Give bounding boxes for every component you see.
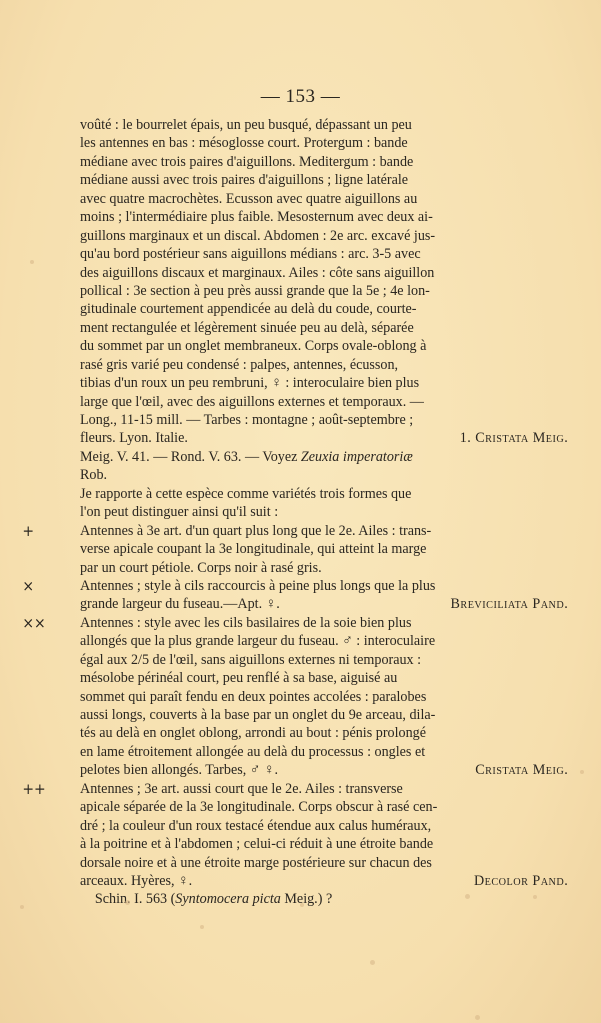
reference-line: Meig. V. 41. — Rond. V. 63. — Voyez Zeux… xyxy=(80,448,568,466)
intro-line: Je rapporte à cette espèce comme variété… xyxy=(80,485,568,503)
variety-text: grande largeur du fuseau.—Apt. ♀. xyxy=(80,595,280,612)
variety-3-line: mésolobe périnéal court, peu renflé à sa… xyxy=(80,669,568,687)
variety-1-line: par un court pétiole. Corps noir à rasé … xyxy=(80,559,568,577)
text-line: médiane avec trois paires d'aiguillons. … xyxy=(80,153,568,171)
variety-3-line: sommet qui paraît fendu en deux pointes … xyxy=(80,688,568,706)
variety-name: Breviciliata Pand. xyxy=(451,595,569,613)
variety-2-line: × Antennes ; style à cils raccourcis à p… xyxy=(80,577,568,595)
variety-3-line: aussi longs, couverts à la base par un o… xyxy=(80,706,568,724)
paper-spot xyxy=(20,905,24,909)
paper-spot xyxy=(580,770,584,774)
paper-spot xyxy=(200,925,204,929)
text-line: qu'au bord postérieur sans aiguillons mé… xyxy=(80,245,568,263)
variety-4-line: dré ; la couleur d'un roux testacé étend… xyxy=(80,817,568,835)
variety-name: Cristata Meig. xyxy=(475,761,568,779)
reference-italic: Zeuxia imperatoriæ xyxy=(301,448,413,465)
plus-marker-icon: + xyxy=(22,522,68,540)
variety-text: Antennes ; 3e art. aussi court que le 2e… xyxy=(80,780,403,797)
double-plus-marker-icon: ++ xyxy=(22,780,68,798)
text-line: avec quatre macrochètes. Ecusson avec qu… xyxy=(80,190,568,208)
variety-4-line: à la poitrine et à l'abdomen ; celui-ci … xyxy=(80,835,568,853)
reference-line: Rob. xyxy=(80,466,568,484)
locality-text: fleurs. Lyon. Italie. xyxy=(80,429,188,446)
text-line: ment rectangulée et légèrement sinuée pe… xyxy=(80,319,568,337)
variety-3-line: tés au delà en onglet oblong, arrondi au… xyxy=(80,724,568,742)
text-line: du sommet par un onglet membraneux. Corp… xyxy=(80,337,568,355)
text-line: gitudinale courtement appendicée au delà… xyxy=(80,300,568,318)
variety-text: Antennes ; style à cils raccourcis à pei… xyxy=(80,577,435,594)
text-line: large que l'œil, avec des aiguillons ext… xyxy=(80,393,568,411)
reference-text: Schin. I. 563 ( xyxy=(95,890,175,907)
variety-4-line: apicale séparée de la 3e longitudinale. … xyxy=(80,798,568,816)
text-line: moins ; l'intermédiaire plus faible. Mes… xyxy=(80,208,568,226)
variety-3-line: ×× Antennes : style avec les cils basila… xyxy=(80,614,568,632)
variety-text: arceaux. Hyères, ♀. xyxy=(80,872,192,889)
text-line: tibias d'un roux un peu rembruni, ♀ : in… xyxy=(80,374,568,392)
variety-1-line: verse apicale coupant la 3e longitudinal… xyxy=(80,540,568,558)
double-cross-marker-icon: ×× xyxy=(22,614,68,632)
species-name: 1. Cristata Meig. xyxy=(460,429,569,447)
variety-text: Antennes à 3e art. d'un quart plus long … xyxy=(80,522,431,539)
text-line: les antennes en bas : mésoglosse court. … xyxy=(80,134,568,152)
cross-marker-icon: × xyxy=(22,577,68,595)
variety-4-reference: Schin. I. 563 (Syntomocera picta Meig.) … xyxy=(80,890,568,908)
paper-spot xyxy=(300,903,304,907)
variety-name: Decolor Pand. xyxy=(474,872,568,890)
reference-italic: Syntomocera picta xyxy=(175,890,281,907)
variety-3-line: en lame étroitement allongée au delà du … xyxy=(80,743,568,761)
paper-spot xyxy=(30,260,34,264)
body-text: voûté : le bourrelet épais, un peu busqu… xyxy=(80,116,568,909)
paper-spot xyxy=(465,894,470,899)
variety-3-line: égal aux 2/5 de l'œil, sans aiguillons e… xyxy=(80,651,568,669)
species-line: fleurs. Lyon. Italie. 1. Cristata Meig. xyxy=(80,429,568,447)
paper-spot xyxy=(533,895,537,899)
paper-spot xyxy=(370,960,375,965)
variety-text: pelotes bien allongés. Tarbes, ♂ ♀. xyxy=(80,761,278,778)
paper-spot xyxy=(125,900,130,905)
text-line: voûté : le bourrelet épais, un peu busqu… xyxy=(80,116,568,134)
variety-4-line: arceaux. Hyères, ♀. Decolor Pand. xyxy=(80,872,568,890)
variety-4-line: ++ Antennes ; 3e art. aussi court que le… xyxy=(80,780,568,798)
intro-line: l'on peut distinguer ainsi qu'il suit : xyxy=(80,503,568,521)
reference-text: Meig. V. 41. — Rond. V. 63. — Voyez xyxy=(80,448,301,465)
variety-4-line: dorsale noire et à une étroite marge pos… xyxy=(80,854,568,872)
text-line: médiane aussi avec trois paires d'aiguil… xyxy=(80,171,568,189)
text-line: rasé gris varié peu condensé : palpes, a… xyxy=(80,356,568,374)
text-line: des aiguillons discaux et marginaux. Ail… xyxy=(80,264,568,282)
text-line: pollical : 3e section à peu près aussi g… xyxy=(80,282,568,300)
variety-text: Antennes : style avec les cils basilaire… xyxy=(80,614,411,631)
text-line: Long., 11-15 mill. — Tarbes : montagne ;… xyxy=(80,411,568,429)
variety-3-line: pelotes bien allongés. Tarbes, ♂ ♀. Cris… xyxy=(80,761,568,779)
reference-text: Meig.) ? xyxy=(281,890,332,907)
page-number: — 153 — xyxy=(0,86,601,108)
variety-1-line: + Antennes à 3e art. d'un quart plus lon… xyxy=(80,522,568,540)
paper-spot xyxy=(475,1015,480,1020)
text-line: guillons marginaux et un discal. Abdomen… xyxy=(80,227,568,245)
variety-3-line: allongés que la plus grande largeur du f… xyxy=(80,632,568,650)
variety-2-line: grande largeur du fuseau.—Apt. ♀. Brevic… xyxy=(80,595,568,613)
